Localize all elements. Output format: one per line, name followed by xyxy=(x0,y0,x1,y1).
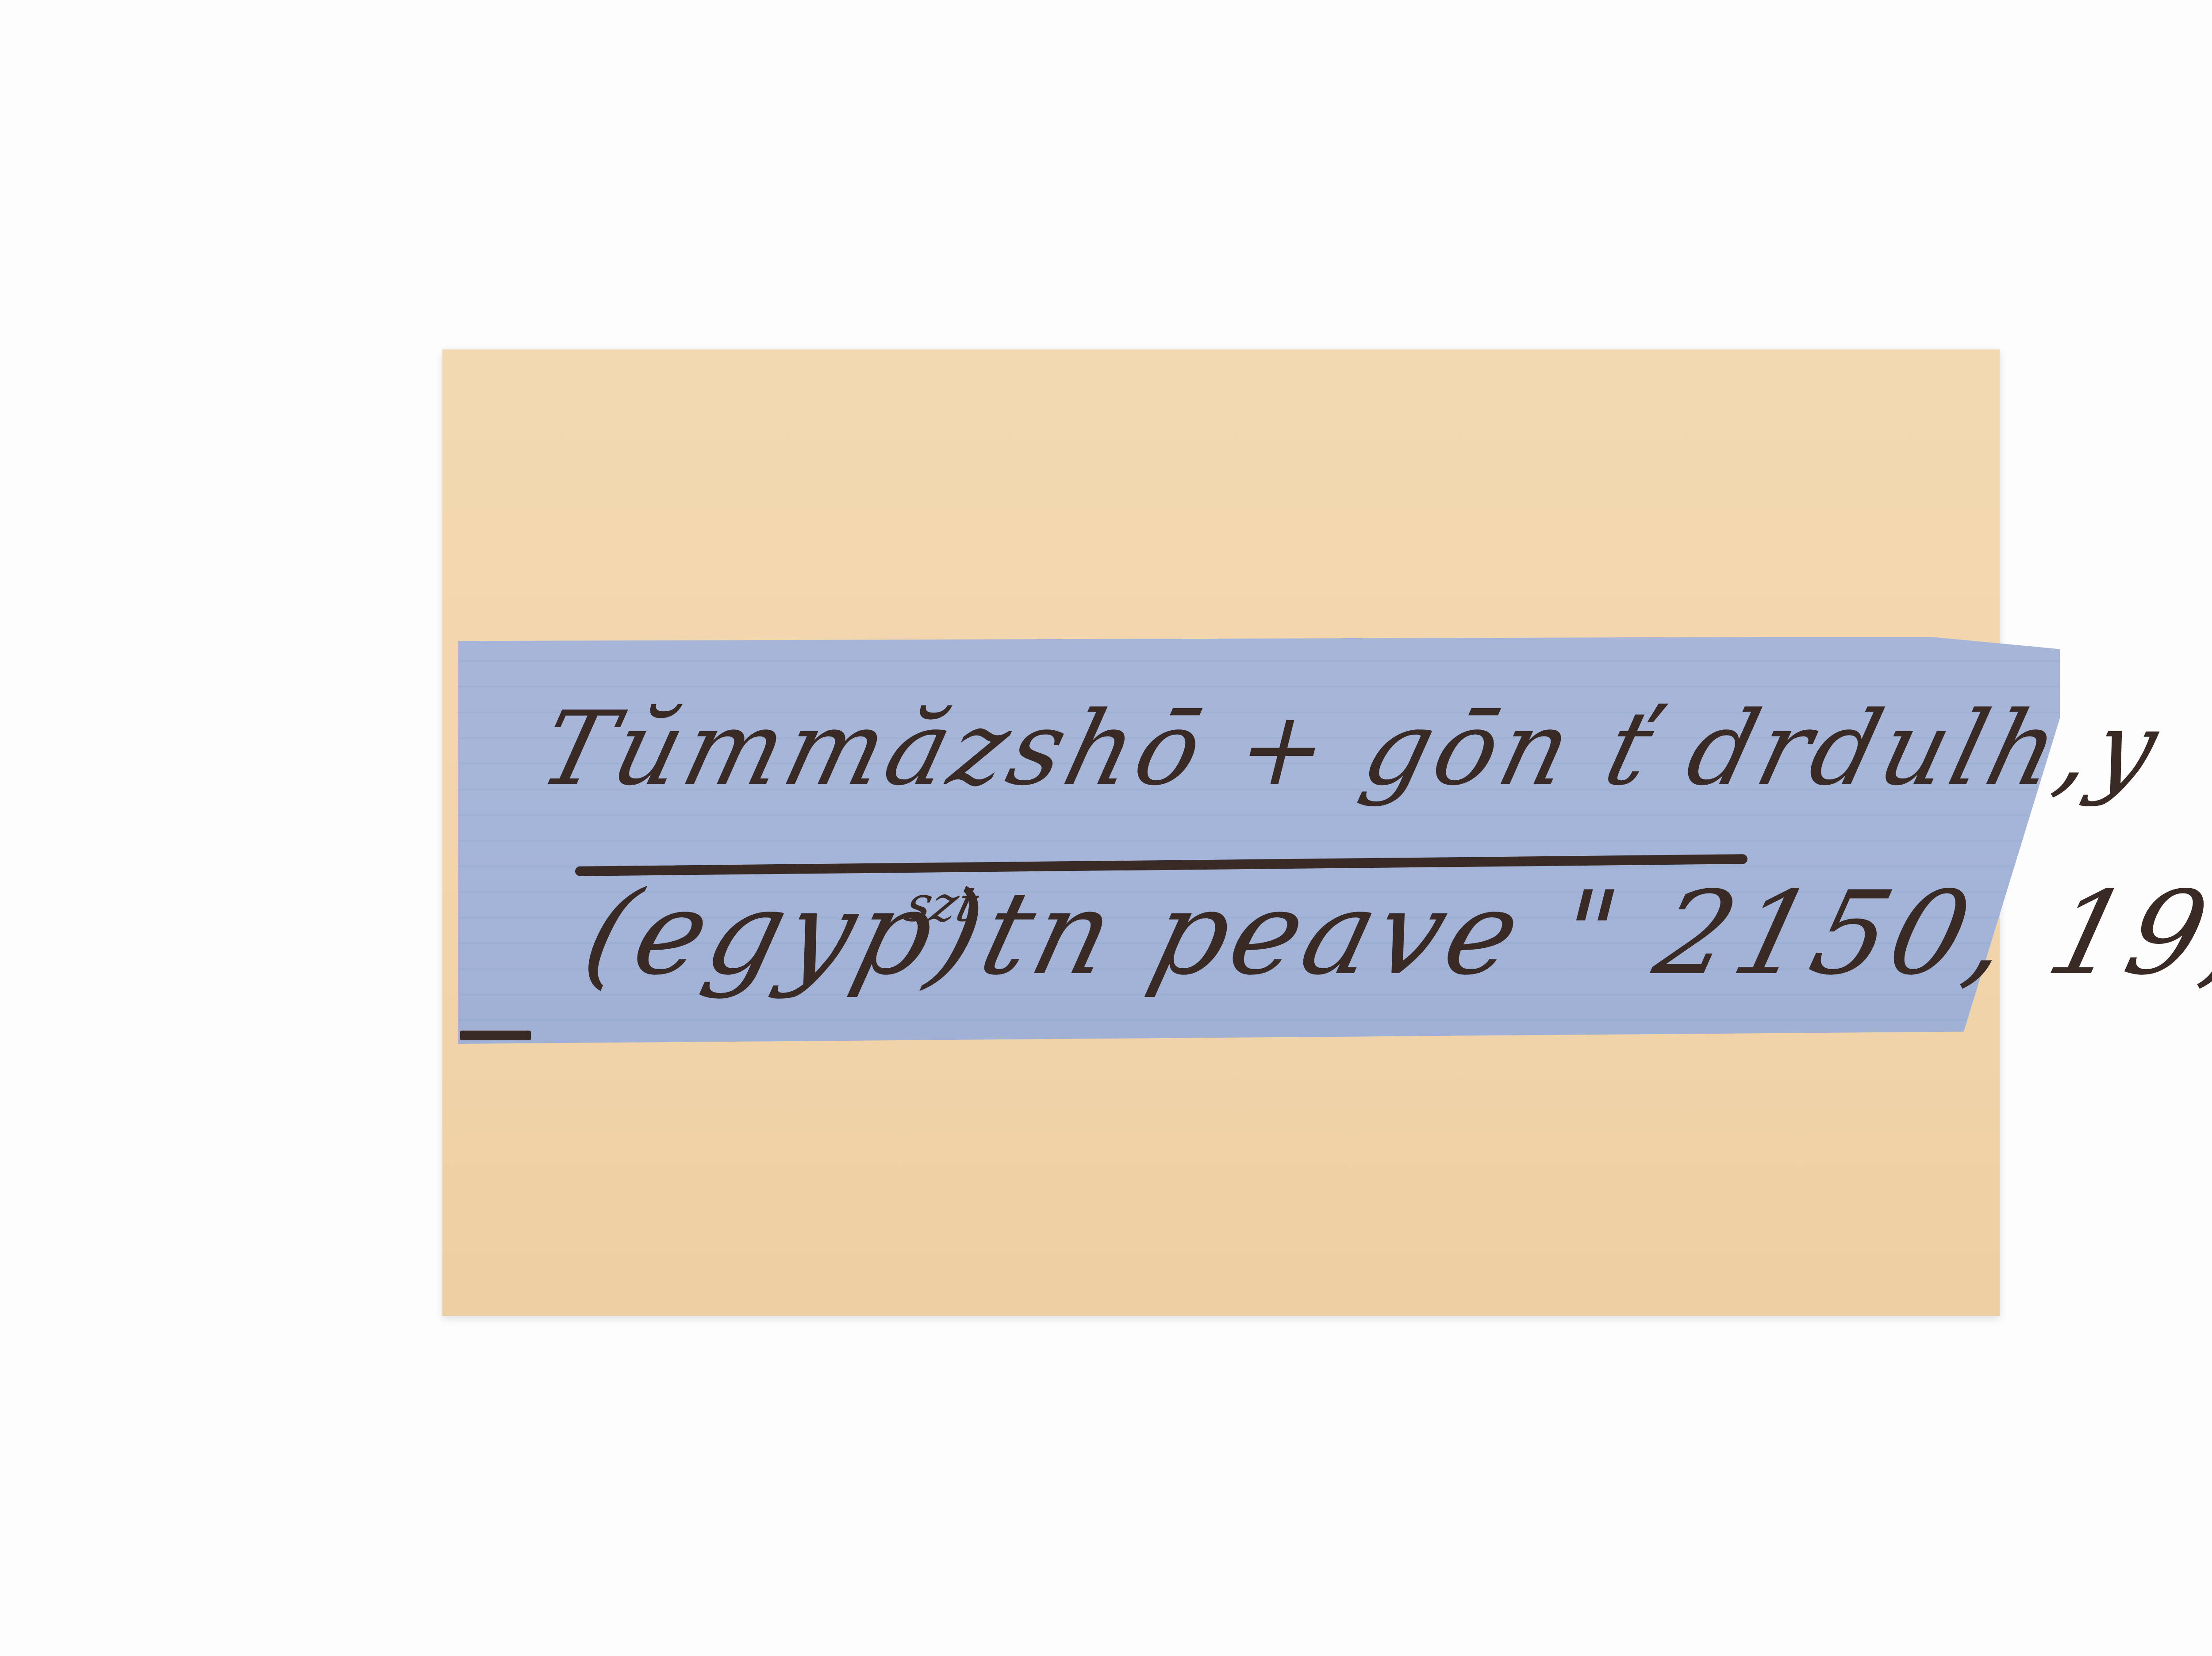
ink-mark xyxy=(460,1031,531,1040)
handwritten-line-1: Tŭmmăzshō + gōn ť drdulh,y xyxy=(530,690,2174,808)
handwritten-line-2: (egyp)tn peave " 2150, 19, 1 xyxy=(572,867,2212,1000)
